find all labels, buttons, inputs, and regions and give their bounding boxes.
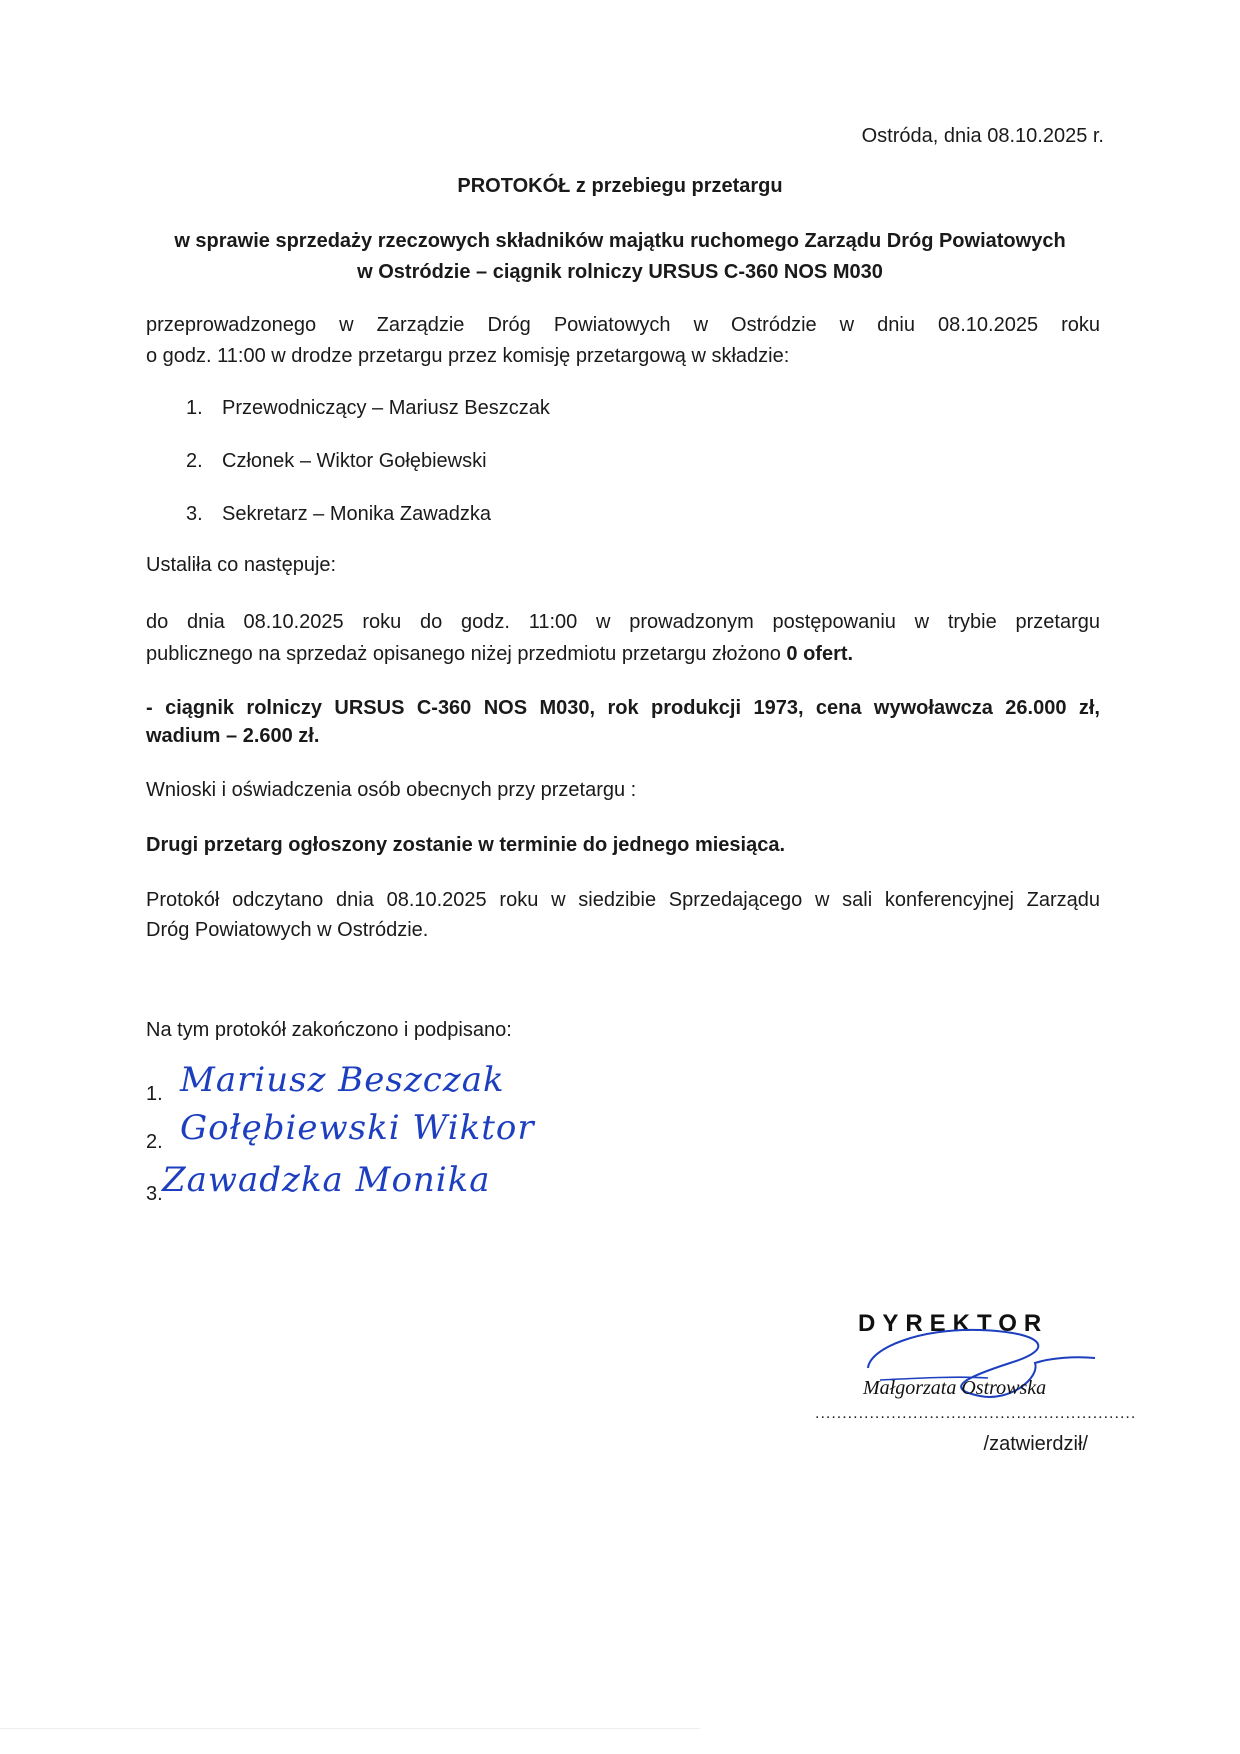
subtitle-line-1: w sprawie sprzedaży rzeczowych składnikó… (0, 229, 1240, 253)
decision-text: Drugi przetarg ogłoszony zostanie w term… (146, 833, 785, 857)
item-line-2: wadium – 2.600 zł. (146, 724, 319, 748)
item-line-1: - ciągnik rolniczy URSUS C-360 NOS M030,… (146, 696, 1100, 720)
established-label: Ustaliła co następuje: (146, 553, 336, 577)
handwritten-signature: Gołębiewski Wiktor (180, 1108, 535, 1148)
handwritten-signature: Zawadzka Monika (162, 1160, 491, 1200)
reading-line-1: Protokół odczytano dnia 08.10.2025 roku … (146, 888, 1100, 912)
committee-member: 3.Sekretarz – Monika Zawadzka (186, 502, 491, 526)
member-text: Członek – Wiktor Gołębiewski (222, 450, 487, 472)
handwritten-signature: Mariusz Beszczak (180, 1060, 505, 1100)
stamp-name: Małgorzata Ostrowska (863, 1377, 1046, 1400)
intro-line-2: o godz. 11:00 w drodze przetargu przez k… (146, 344, 789, 368)
committee-member: 1.Przewodniczący – Mariusz Beszczak (186, 396, 550, 420)
findings-line-2: publicznego na sprzedaż opisanego niżej … (146, 642, 853, 666)
findings-text: publicznego na sprzedaż opisanego niżej … (146, 643, 786, 665)
list-number: 1. (146, 1082, 163, 1106)
findings-line-1: do dnia 08.10.2025 roku do godz. 11:00 w… (146, 610, 1100, 634)
motions-label: Wnioski i oświadczenia osób obecnych prz… (146, 778, 636, 802)
member-text: Przewodniczący – Mariusz Beszczak (222, 397, 550, 419)
document-title: PROTOKÓŁ z przebiegu przetargu (0, 174, 1240, 198)
list-number: 3. (186, 502, 222, 526)
approval-label: /zatwierdził/ (984, 1432, 1088, 1456)
place-date: Ostróda, dnia 08.10.2025 r. (862, 124, 1104, 148)
signature-line: ........................................… (815, 1405, 1136, 1423)
list-number: 2. (146, 1130, 163, 1154)
closing-text: Na tym protokół zakończono i podpisano: (146, 1018, 512, 1042)
subtitle-line-2: w Ostródzie – ciągnik rolniczy URSUS C-3… (0, 260, 1240, 284)
list-number: 2. (186, 449, 222, 473)
list-number: 1. (186, 396, 222, 420)
list-number: 3. (146, 1182, 163, 1206)
scan-artifact-line (0, 1728, 700, 1729)
committee-member: 2.Członek – Wiktor Gołębiewski (186, 449, 487, 473)
intro-line-1: przeprowadzonego w Zarządzie Dróg Powiat… (146, 313, 1100, 337)
member-text: Sekretarz – Monika Zawadzka (222, 503, 491, 525)
offers-count: 0 ofert. (786, 643, 853, 665)
reading-line-2: Dróg Powiatowych w Ostródzie. (146, 918, 428, 942)
